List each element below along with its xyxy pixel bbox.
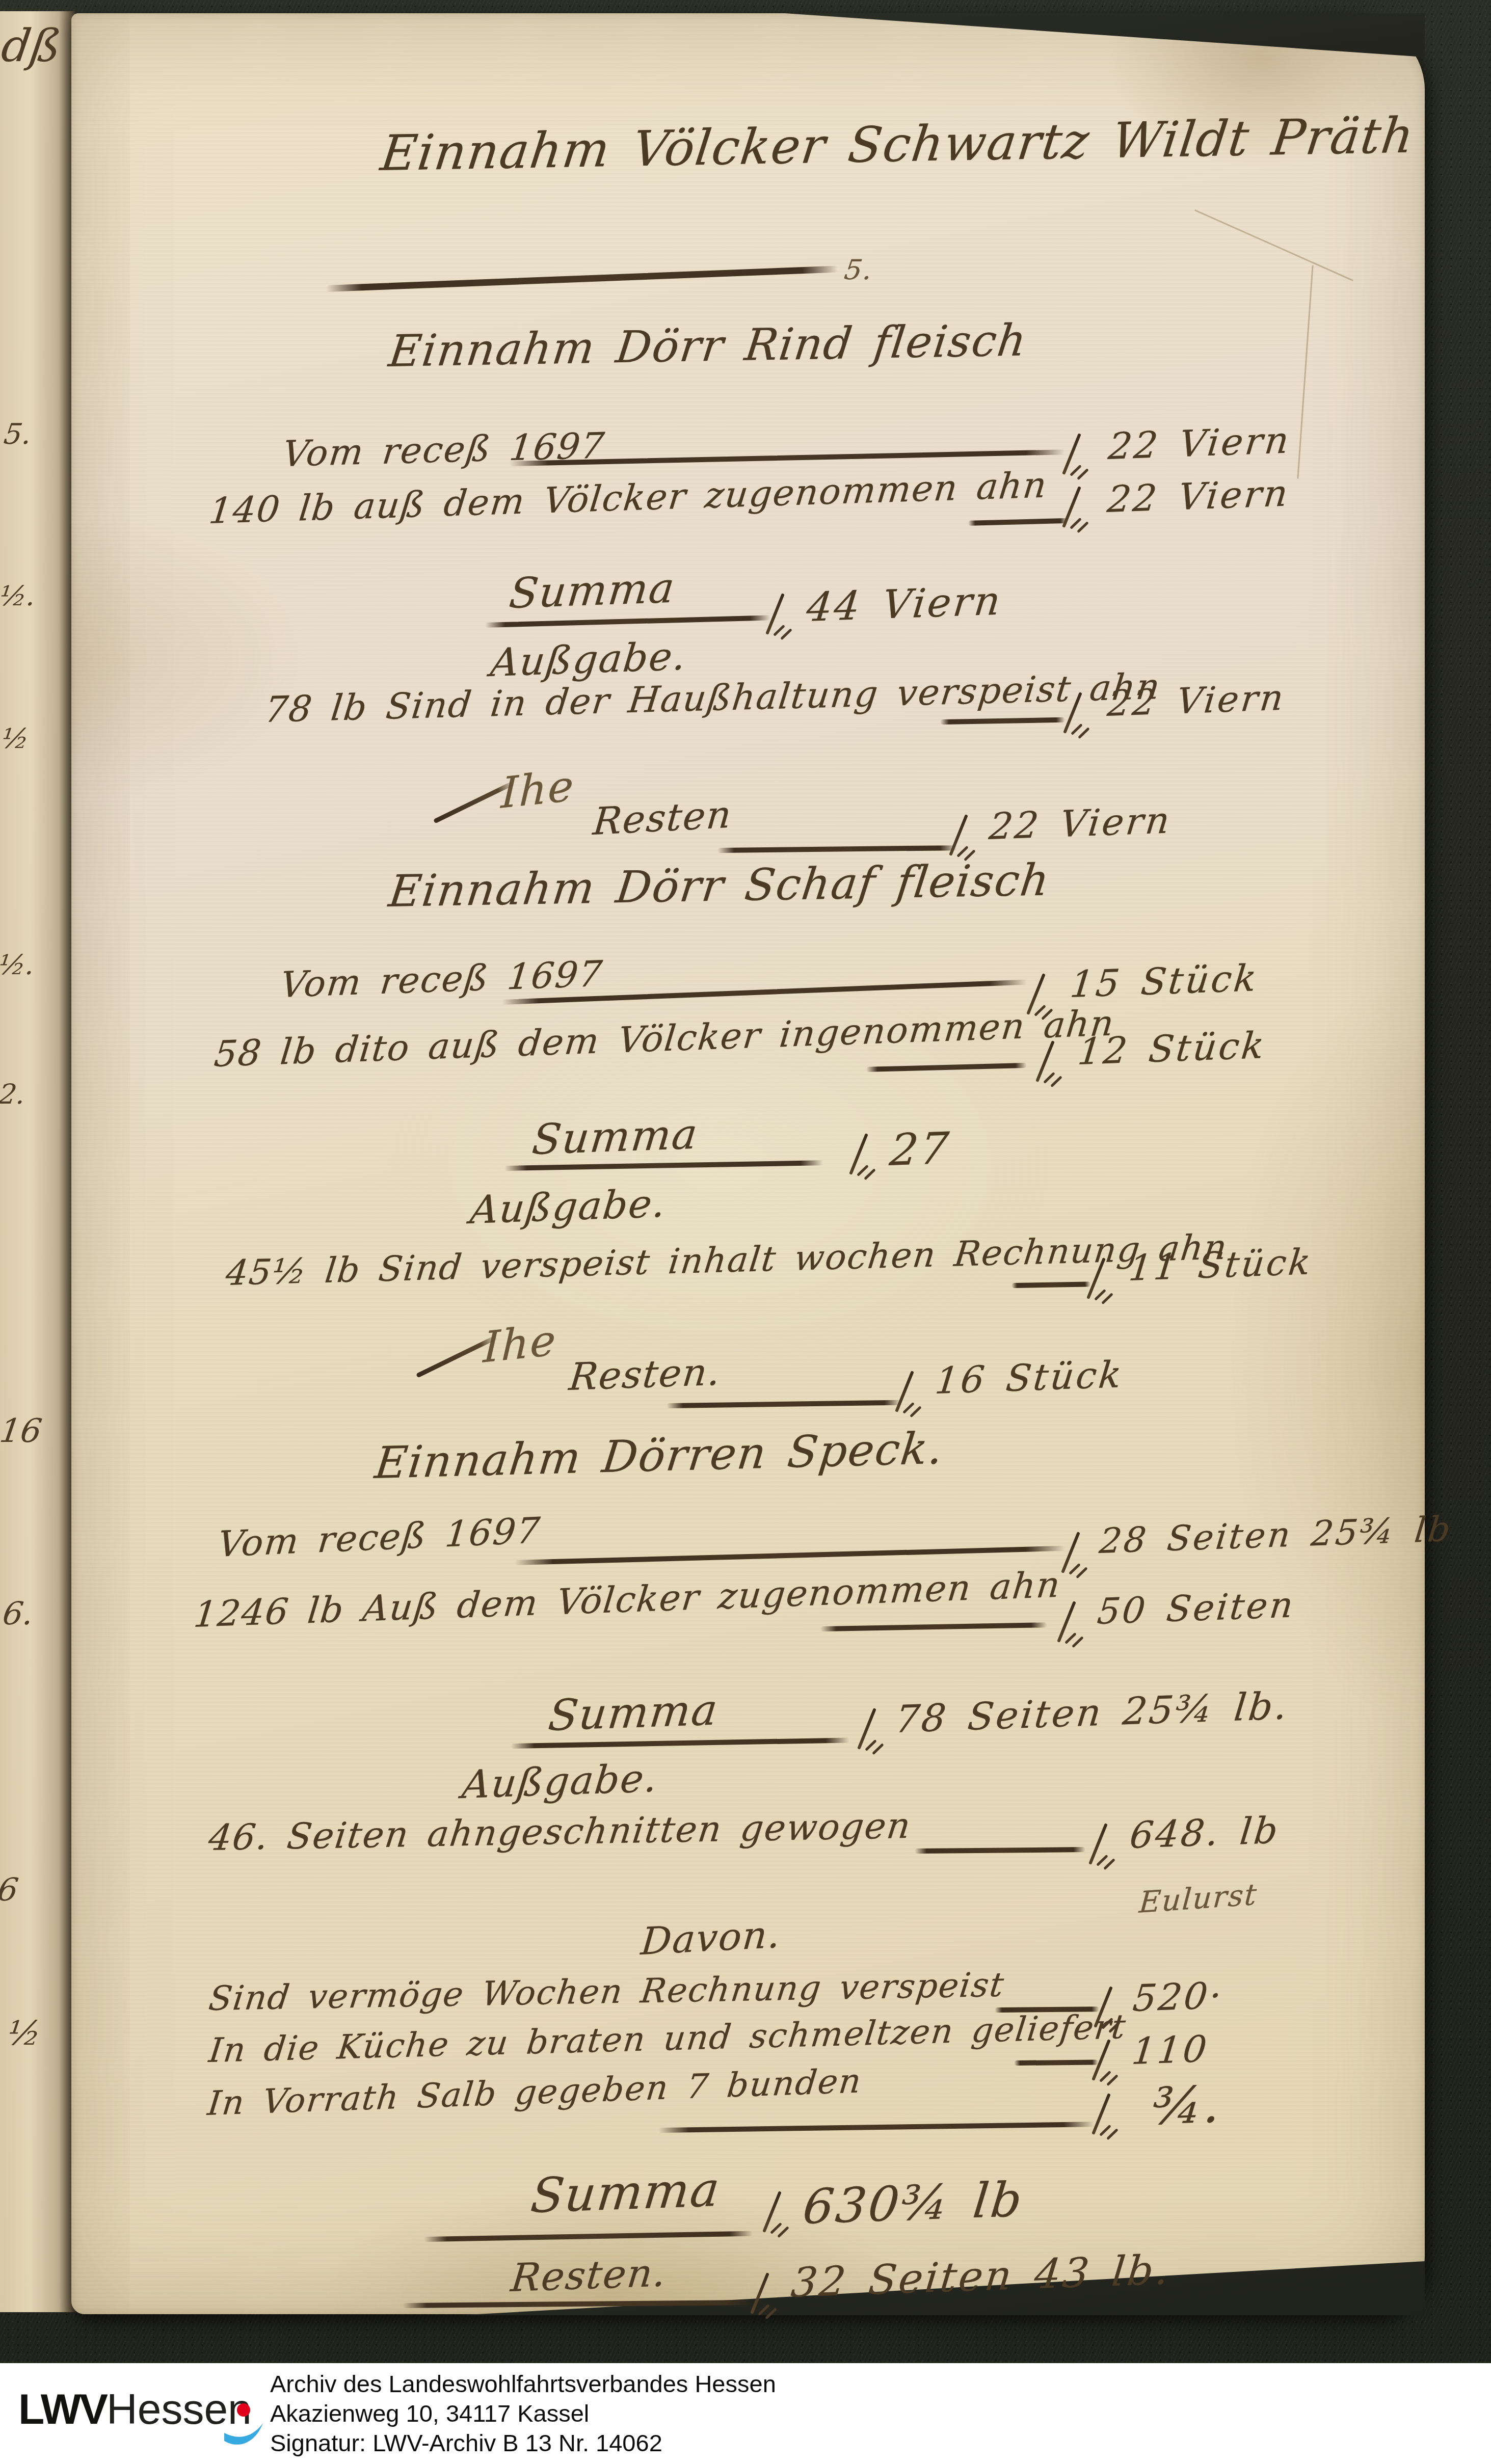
carry-word: Ihe xyxy=(483,1315,558,1372)
margin-mark: 2. xyxy=(0,1078,28,1110)
archive-name: Archiv des Landeswohlfahrtsverbandes Hes… xyxy=(270,2369,776,2399)
lwv-logo-primary: LWV xyxy=(18,2385,107,2433)
lwv-logo: LWVHessen xyxy=(18,2388,252,2430)
entry-amount: 15 Stück xyxy=(1068,956,1261,1006)
logo-dot-icon xyxy=(237,2403,250,2417)
summa-label: Summa xyxy=(546,1684,721,1740)
ausgabe-heading: Außgabe. xyxy=(468,1181,669,1233)
rest-amount: 16 Stück xyxy=(933,1353,1126,1402)
margin-mark: ½. xyxy=(0,580,38,612)
margin-mark: 6. xyxy=(1,1595,36,1632)
entry-amount: 110 xyxy=(1130,2027,1211,2073)
carry-word: Ihe xyxy=(500,761,576,818)
davon-heading: Davon. xyxy=(639,1913,783,1964)
entry-label: Vom receß 1697 xyxy=(281,425,607,475)
archive-signature: Signatur: LWV-Archiv B 13 Nr. 14062 xyxy=(270,2428,776,2458)
margin-mark: 6 xyxy=(0,1871,21,1908)
summa-label: Summa xyxy=(528,2162,723,2224)
margin-mark: ½. xyxy=(0,949,37,981)
title-note: 5. xyxy=(842,254,875,286)
entry-amount: 11 Stück xyxy=(1127,1241,1314,1289)
margin-mark: 5. xyxy=(2,418,34,451)
margin-mark: 16 xyxy=(0,1412,44,1450)
archive-address-block: Archiv des Landeswohlfahrtsverbandes Hes… xyxy=(270,2369,776,2458)
archive-address: Akazienweg 10, 34117 Kassel xyxy=(270,2399,776,2428)
logo-swoosh-icon xyxy=(224,2422,263,2445)
margin-mark: ½ xyxy=(6,2014,44,2053)
rest-label: Resten. xyxy=(509,2249,670,2300)
rest-amount: 22 Viern xyxy=(987,799,1174,848)
entry-amount: 22 Viern xyxy=(1106,419,1293,468)
summa-amount: 27 xyxy=(887,1123,952,1176)
rest-label: Resten. xyxy=(567,1350,724,1399)
archive-book-scan: dß 5. ½. ½ ½. 2. 16 6. 6 ½ Einnahm Völck… xyxy=(0,0,1491,2464)
entry-amount: 22 Viern xyxy=(1105,677,1287,725)
facing-page-edge: dß 5. ½. ½ ½. 2. 16 6. 6 ½ xyxy=(0,11,75,2312)
margin-mark: ½ xyxy=(0,722,31,755)
entry-amount: 50 Seiten xyxy=(1095,1584,1297,1632)
rest-label: Resten xyxy=(591,793,734,844)
entry-amount: ¾. xyxy=(1150,2074,1226,2136)
summa-label: Summa xyxy=(507,564,678,618)
entry-leader xyxy=(1014,2060,1098,2066)
ausgabe-heading: Außgabe. xyxy=(460,1755,660,1807)
entry-amount: 22 Viern xyxy=(1105,472,1292,521)
ausgabe-heading: Außgabe. xyxy=(489,633,689,685)
entry-amount: 648. lb xyxy=(1128,1809,1282,1857)
entry-amount: 520· xyxy=(1131,1974,1226,2020)
entry-amount: 12 Stück xyxy=(1076,1024,1268,1073)
margin-mark: dß xyxy=(0,19,64,72)
archive-footer: LWVHessen Archiv des Landeswohlfahrtsver… xyxy=(0,2363,1491,2464)
summa-amount: 630¾ lb xyxy=(800,2172,1026,2235)
summa-amount: 44 Viern xyxy=(805,578,1005,631)
summa-label: Summa xyxy=(530,1110,701,1164)
